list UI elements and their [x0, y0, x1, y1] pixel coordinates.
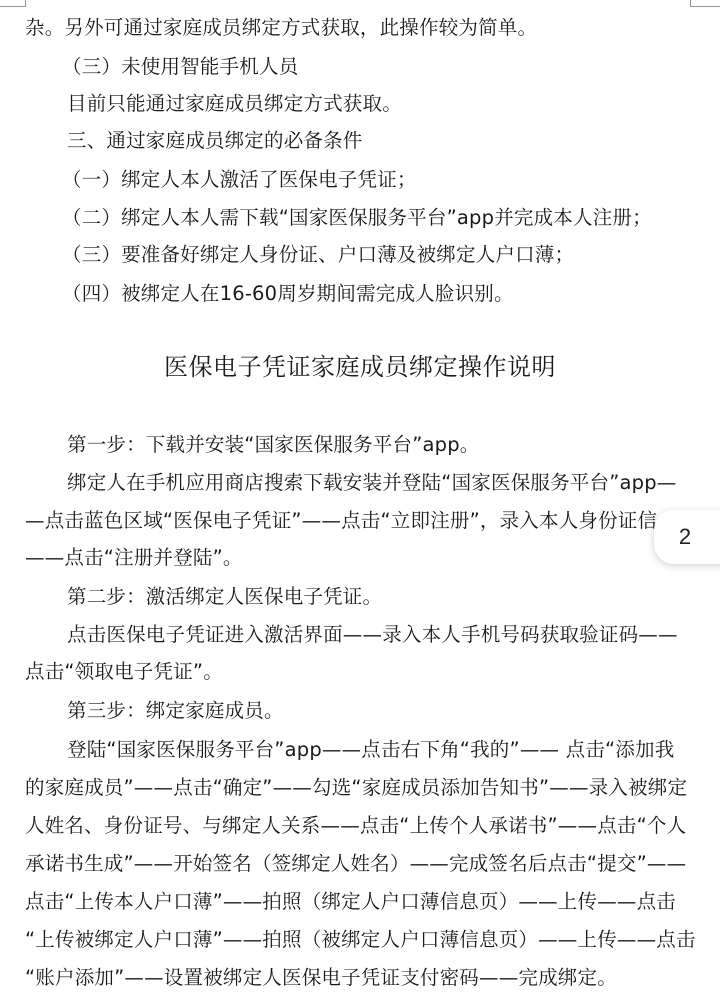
step-heading: 第三步：绑定家庭成员。: [67, 699, 284, 723]
list-item: （三）要准备好绑定人身份证、户口薄及被绑定人户口薄；: [62, 243, 574, 267]
section-heading: 三、通过家庭成员绑定的必备条件: [67, 129, 363, 153]
list-item: （二）绑定人本人需下载“国家医保服务平台”app并完成本人注册；: [62, 206, 652, 230]
paragraph-line: 绑定人在手机应用商店搜索下载安装并登陆“国家医保服务平台”app—: [67, 471, 677, 495]
list-item: （四）被绑定人在16-60周岁期间需完成人脸识别。: [62, 282, 514, 306]
paragraph-line: “账户添加”——设置被绑定人医保电子凭证支付密码——完成绑定。: [25, 966, 617, 990]
list-item: （一）绑定人本人激活了医保电子凭证；: [62, 168, 417, 192]
paragraph-line: 承诺书生成”——开始签名（签绑定人姓名）——完成签名后点击“提交”——: [25, 852, 686, 876]
page-corner-mark-top-right: [690, 0, 720, 7]
paragraph-line: 目前只能通过家庭成员绑定方式获取。: [67, 92, 402, 116]
paragraph-line: “上传被绑定人户口薄”——拍照（被绑定人户口薄信息页）——上传——点击: [25, 928, 696, 952]
paragraph-line: 人姓名、身份证号、与绑定人关系——点击“上传个人承诺书”——点击“个人: [25, 814, 686, 838]
paragraph-line: 点击“领取电子凭证”。: [25, 660, 223, 684]
page-corner-mark-top-left: [0, 0, 26, 7]
paragraph-line: —点击蓝色区域“医保电子凭证”——点击“立即注册”，录入本人身份证信: [25, 509, 657, 533]
step-heading: 第二步：激活绑定人医保电子凭证。: [67, 585, 382, 609]
paragraph-line: ——点击“注册并登陆”。: [25, 546, 243, 570]
page-number: 2: [654, 524, 716, 550]
paragraph-line: 点击“上传本人户口薄”——拍照（绑定人户口薄信息页）——上传——点击: [25, 890, 676, 914]
document-title: 医保电子凭证家庭成员绑定操作说明: [0, 352, 720, 382]
paragraph-line: 登陆“国家医保服务平台”app——点击右下角“我的”—— 点击“添加我: [67, 738, 674, 762]
paragraph-line: 的家庭成员”——点击“确定”——勾选“家庭成员添加告知书”——录入被绑定: [25, 776, 687, 800]
page-number-indicator[interactable]: 2: [654, 510, 720, 564]
step-heading: 第一步：下载并安装“国家医保服务平台”app。: [67, 433, 480, 457]
paragraph-line: 点击医保电子凭证进入激活界面——录入本人手机号码获取验证码——: [67, 623, 678, 647]
section-heading: （三）未使用智能手机人员: [62, 55, 298, 79]
paragraph-line: 杂。另外可通过家庭成员绑定方式获取，此操作较为简单。: [25, 16, 537, 40]
